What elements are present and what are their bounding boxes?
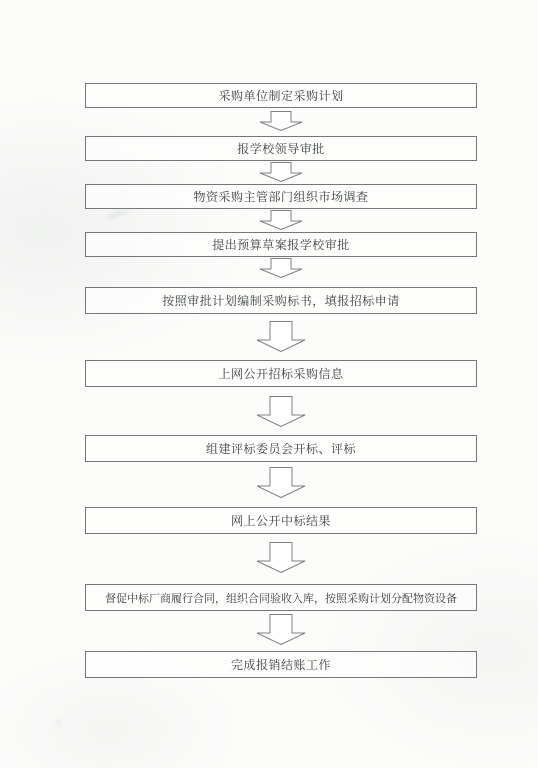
flow-step-7: 组建评标委员会开标、评标 bbox=[85, 435, 477, 462]
down-arrow-icon bbox=[259, 210, 303, 230]
flow-step-1-label: 采购单位制定采购计划 bbox=[218, 87, 343, 104]
flow-step-3: 物资采购主管部门组织市场调查 bbox=[85, 184, 477, 209]
flow-step-6-label: 上网公开招标采购信息 bbox=[218, 365, 343, 382]
flow-step-5-label: 按照审批计划编制采购标书，填报招标申请 bbox=[162, 292, 400, 309]
scan-smudge bbox=[56, 720, 61, 724]
down-arrow-icon bbox=[256, 396, 306, 427]
flow-step-10: 完成报销结账工作 bbox=[85, 651, 477, 678]
flow-step-8-label: 网上公开中标结果 bbox=[231, 512, 331, 529]
down-arrow-icon bbox=[259, 111, 303, 131]
flow-step-4-label: 提出预算草案报学校审批 bbox=[212, 236, 350, 253]
flow-step-9: 督促中标厂商履行合同，组织合同验收入库，按照采购计划分配物资设备 bbox=[85, 584, 477, 611]
flow-step-6: 上网公开招标采购信息 bbox=[85, 360, 477, 387]
flow-step-4: 提出预算草案报学校审批 bbox=[85, 232, 477, 257]
flow-step-2: 报学校领导审批 bbox=[85, 136, 477, 161]
flow-step-7-label: 组建评标委员会开标、评标 bbox=[206, 440, 356, 457]
down-arrow-icon bbox=[259, 162, 303, 182]
down-arrow-icon bbox=[256, 321, 306, 352]
flow-step-3-label: 物资采购主管部门组织市场调查 bbox=[193, 188, 368, 205]
scanned-page: 采购单位制定采购计划 报学校领导审批 物资采购主管部门组织市场调查 提出预算草案… bbox=[0, 0, 538, 768]
flow-step-9-label: 督促中标厂商履行合同，组织合同验收入库，按照采购计划分配物资设备 bbox=[105, 590, 457, 606]
flow-step-1: 采购单位制定采购计划 bbox=[85, 83, 477, 108]
flow-step-10-label: 完成报销结账工作 bbox=[231, 656, 331, 673]
flow-step-8: 网上公开中标结果 bbox=[85, 507, 477, 534]
down-arrow-icon bbox=[256, 467, 306, 498]
flow-step-5: 按照审批计划编制采购标书，填报招标申请 bbox=[85, 287, 477, 314]
flow-step-2-label: 报学校领导审批 bbox=[237, 140, 325, 157]
scan-smudge bbox=[105, 208, 131, 220]
down-arrow-icon bbox=[256, 542, 306, 573]
down-arrow-icon bbox=[256, 614, 306, 645]
down-arrow-icon bbox=[259, 258, 303, 278]
